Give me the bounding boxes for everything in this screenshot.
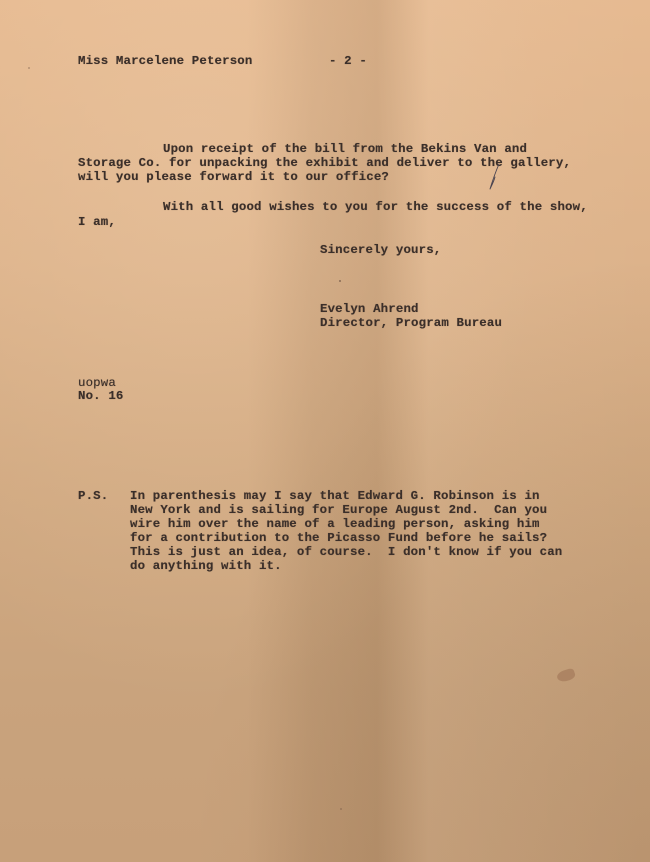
handwritten-pen-mark-icon xyxy=(488,163,502,191)
paper-stain xyxy=(556,667,577,683)
postscript-line: for a contribution to the Picasso Fund b… xyxy=(130,532,547,545)
page-number: - 2 - xyxy=(329,55,367,68)
postscript-line: In parenthesis may I say that Edward G. … xyxy=(130,490,540,503)
postscript-line: This is just an idea, of course. I don't… xyxy=(130,546,562,559)
paper-speck xyxy=(28,67,30,69)
postscript-line: do anything with it. xyxy=(130,560,282,573)
paragraph-2-line-1: With all good wishes to you for the succ… xyxy=(163,201,588,214)
closing: Sincerely yours, xyxy=(320,244,441,257)
ink-speck xyxy=(339,280,341,282)
postscript-label: P.S. xyxy=(78,490,108,503)
postscript-line: wire him over the name of a leading pers… xyxy=(130,518,540,531)
signature-title: Director, Program Bureau xyxy=(320,317,502,330)
paper-vignette xyxy=(0,0,650,862)
paragraph-2-line-2: I am, xyxy=(78,216,116,229)
paragraph-1-line-1: Upon receipt of the bill from the Bekins… xyxy=(163,143,527,156)
recipient-header: Miss Marcelene Peterson xyxy=(78,55,252,68)
reference-number: No. 16 xyxy=(78,390,124,403)
paragraph-1-line-3: will you please forward it to our office… xyxy=(78,171,389,184)
postscript-line: New York and is sailing for Europe Augus… xyxy=(130,504,547,517)
paper-speck xyxy=(340,808,342,810)
signature-name: Evelyn Ahrend xyxy=(320,303,419,316)
